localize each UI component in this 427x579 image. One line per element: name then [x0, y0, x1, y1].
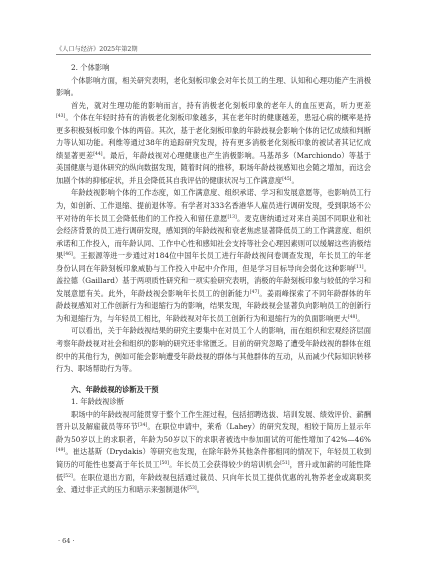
text: 。 [291, 176, 298, 185]
paragraph-summary: 可以看出，关于年龄歧视结果的研究主要集中在对员工个人的影响，而在组织和宏观经济层… [56, 325, 371, 375]
paragraph-intro: 个体影响方面，相关研究表明，老化刻板印象会对年长员工的生理、认知和心理功能产生消… [56, 75, 371, 100]
citation[interactable]: [50] [160, 461, 169, 466]
citation[interactable]: [46] [63, 252, 72, 257]
citation[interactable]: [51] [280, 461, 289, 466]
text: 。年长员工会获得较少的培训机会 [169, 460, 280, 469]
citation[interactable]: [43] [56, 114, 65, 119]
citation[interactable]: [13] [228, 215, 237, 220]
citation[interactable]: [44] [93, 152, 102, 157]
journal-header: 《人口与经济》2025年第2期 [56, 44, 138, 53]
citation[interactable]: [52] [63, 474, 72, 479]
section-title-diagnosis: 六、年龄歧视的诊断及干预 [56, 384, 371, 397]
text: 。王振源等进一步通过对184位中国年长员工进行年龄歧视问卷调查发现，年长员工的年… [56, 251, 371, 273]
text: 。 [357, 314, 364, 323]
paragraph-diagnosis: 职场中的年龄歧视可能贯穿于整个工作生涯过程，包括招聘选拔、培训发展、绩效评价、薪… [56, 409, 371, 497]
citation[interactable]: [53] [187, 486, 196, 491]
text: 。 [197, 485, 204, 494]
citation[interactable]: [49] [56, 448, 65, 453]
article-body: 2. 个体影响 个体影响方面，相关研究表明，老化刻板印象会对年长员工的生理、认知… [56, 62, 371, 497]
citation[interactable]: [48] [348, 315, 357, 320]
text: 。最后，年龄歧视对心理健康也产生消极影响。马基昂多（Marchiondo）等基于… [56, 151, 371, 185]
subsection-title-individual-impact: 2. 个体影响 [56, 62, 371, 75]
citation[interactable]: [34] [138, 423, 147, 428]
page-number: · 64 · [58, 537, 75, 545]
subsection-title-diagnosis: 1. 年龄歧视诊断 [56, 396, 371, 409]
citation[interactable]: [47] [250, 290, 259, 295]
citation[interactable]: [11] [354, 265, 363, 270]
text: 。在职位退出方面，年龄歧视包括通过裁员、只向年长员工提供优惠的礼物养老金或离职奖… [56, 473, 371, 495]
header-rule [56, 54, 371, 55]
text: 首先，就对生理功能的影响而言，持有消极老化刻板印象的老年人的血压更高，听力更差 [71, 101, 371, 110]
paragraph-physiological: 首先，就对生理功能的影响而言，持有消极老化刻板印象的老年人的血压更高，听力更差[… [56, 100, 371, 188]
paragraph-work-attitude: 年龄歧视影响个体的工作态度，如工作满意度、组织承诺、学习和发展意愿等，也影响员工… [56, 187, 371, 325]
